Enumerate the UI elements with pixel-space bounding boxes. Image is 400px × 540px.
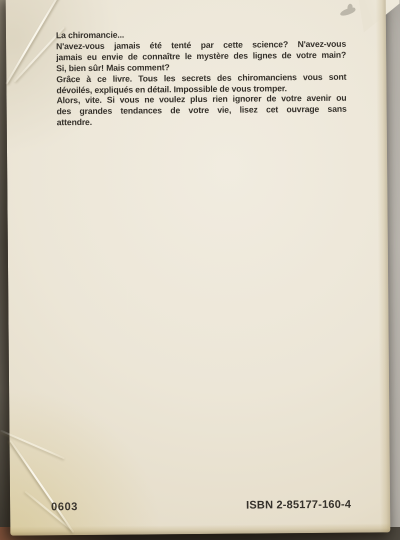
print-code: 0603 bbox=[51, 501, 78, 513]
blurb-text: La chiromancie... N'avez-vous jamais été… bbox=[56, 28, 347, 129]
yellowed-right-edge bbox=[376, 0, 391, 532]
isbn-label: ISBN 2-85177-160-4 bbox=[246, 499, 351, 512]
crease-mark bbox=[0, 430, 65, 460]
crease-mark bbox=[9, 440, 74, 533]
smudge-mark bbox=[339, 6, 356, 17]
crease-mark bbox=[5, 0, 61, 85]
blurb-line: attendre. bbox=[57, 115, 347, 128]
book-cover-photo: La chiromancie... N'avez-vous jamais été… bbox=[0, 0, 400, 540]
book-back-cover: La chiromancie... N'avez-vous jamais été… bbox=[6, 0, 391, 536]
